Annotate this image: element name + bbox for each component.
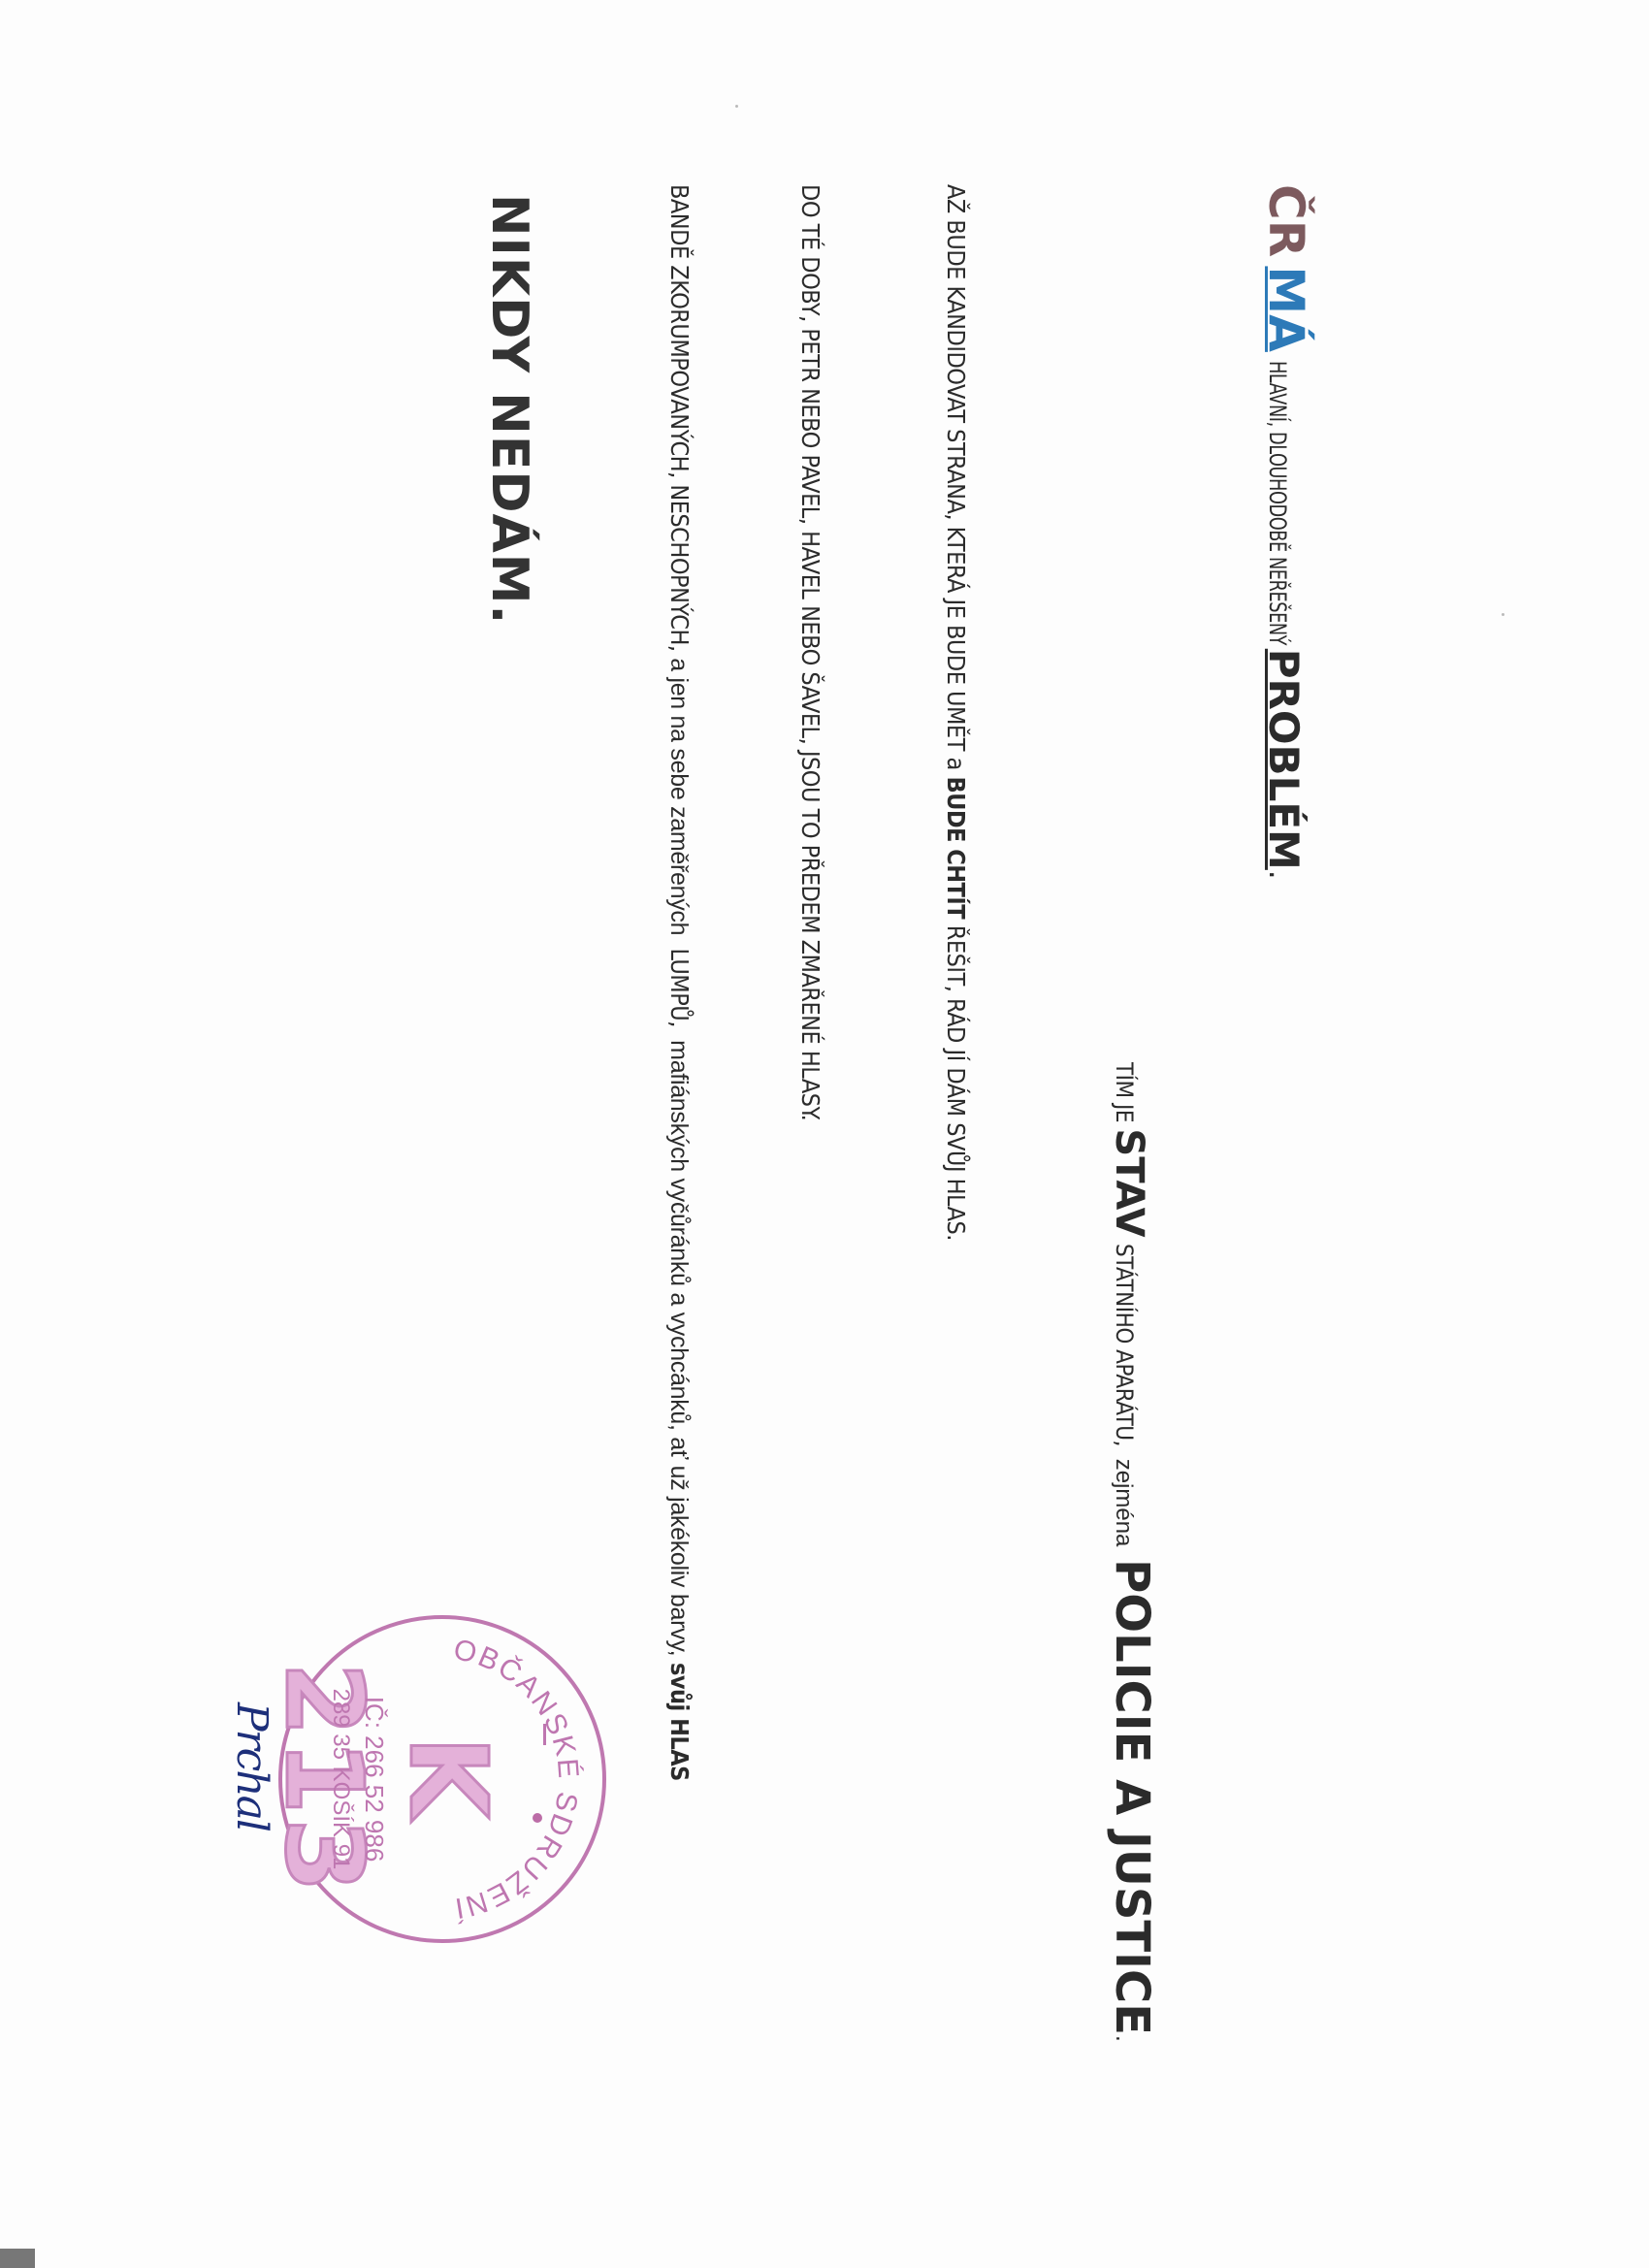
line-text: BANDĚ ZKORUMPOVANÝCH, NESCHOPNÝCH,: [665, 184, 694, 652]
line-text-2: ŘEŠIT, RÁD JÍ DÁM SVŮJ HLAS.: [942, 925, 970, 1241]
stamp-dot: [533, 1813, 542, 1823]
lumpu-word: LUMPŮ,: [665, 949, 694, 1027]
bold-text: BUDE CHTÍT: [942, 776, 970, 919]
subheadline: TÍM JE STAV STÁTNÍHO APARÁTU, zejména PO…: [1105, 1062, 1159, 2041]
headline: ČR MÁ HLAVNÍ, DLOUHODOBĚ NEŘEŠENÝ PROBLÉ…: [1258, 184, 1314, 879]
organization-stamp: OBČANSKÉ SDRUŽENÍ K 213 IČ: 266 52 986 2…: [278, 1615, 606, 1943]
paragraph-line-2: DO TÉ DOBY, PETR NEBO PAVEL, HAVEL NEBO …: [796, 184, 824, 1120]
policie-justice: POLICIE A JUSTICE: [1105, 1559, 1159, 2035]
stav-word: STAV: [1107, 1128, 1151, 1237]
signature: Prchal: [227, 1702, 276, 1831]
ma-word: MÁ: [1258, 266, 1314, 351]
stamp-mark: [543, 1724, 546, 1745]
line-text-lowercase: a jen na sebe zaměřených: [665, 658, 693, 935]
paragraph-line-3: BANDĚ ZKORUMPOVANÝCH, NESCHOPNÝCH, a jen…: [664, 184, 694, 1781]
line-text-2: mafiánských vyčůránků a vychcánků, ať už…: [665, 1040, 693, 1656]
rotated-content: ČR MÁ HLAVNÍ, DLOUHODOBĚ NEŘEŠENÝ PROBLÉ…: [0, 0, 1649, 2268]
closing-statement: NIKDY NEDÁM.: [480, 194, 538, 625]
cr-word: ČR: [1258, 184, 1314, 257]
subheadline-text: TÍM JE: [1111, 1062, 1138, 1122]
scanned-page: ČR MÁ HLAVNÍ, DLOUHODOBĚ NEŘEŠENÝ PROBLÉ…: [0, 0, 1649, 2268]
stamp-address: 289 35 KOŠÍK 91: [327, 1646, 354, 1912]
paragraph-line-1: AŽ BUDE KANDIDOVAT STRANA, KTERÁ JE BUDE…: [942, 184, 970, 1241]
headline-period: .: [1261, 870, 1300, 879]
problem-word: PROBLÉM: [1260, 649, 1308, 870]
subheadline-period: .: [1111, 2035, 1138, 2041]
line-text: DO TÉ DOBY, PETR NEBO PAVEL, HAVEL NEBO …: [796, 184, 824, 1120]
bold-text: svůj HLAS: [665, 1663, 694, 1781]
line-text: AŽ BUDE KANDIDOVAT STRANA, KTERÁ JE BUDE…: [942, 184, 970, 770]
headline-text: HLAVNÍ, DLOUHODOBĚ NEŘEŠENÝ: [1264, 361, 1291, 645]
zejmena-word: zejména: [1111, 1459, 1137, 1547]
subheadline-text-2: STÁTNÍHO APARÁTU,: [1111, 1244, 1138, 1446]
stamp-ic-number: IČ: 266 52 986: [359, 1646, 389, 1912]
